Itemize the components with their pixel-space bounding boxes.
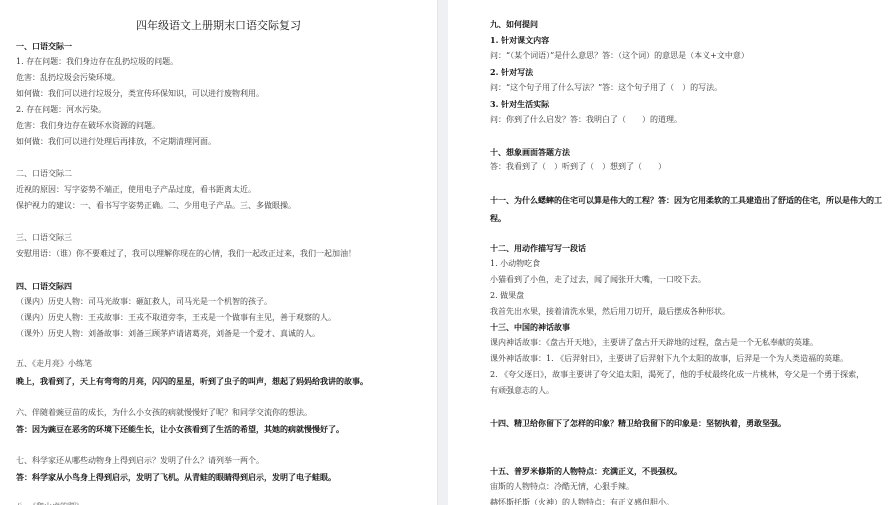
text-line: （课内）历史人物：司马光故事：砸缸救人，司马光是一个机智的孩子。 — [16, 297, 272, 307]
text-line: 问：“（某个词语）”是什么意思？答：（这个词）的意思是（本义+文中意） — [490, 51, 749, 61]
text-line: 如何做：我们可以进行处理后再排放，不定期清理河面。 — [16, 137, 216, 147]
section-heading-15: 十五、普罗米修斯的人物特点：充满正义，不畏强权。 — [490, 466, 682, 476]
section-heading-13: 十三、中国的神话故事 — [490, 322, 570, 332]
section-heading-2: 二、口语交际二 — [16, 169, 72, 179]
text-line: 有顽强意志的人。 — [490, 386, 554, 396]
text-line: 小猫看到了小鱼，走了过去，闻了闻张开大嘴，一口咬下去。 — [490, 275, 706, 285]
section-heading-10: 十、想象画面答题方法 — [490, 147, 570, 157]
text-line: 问：你到了什么启发？答：我明白了（ ）的道理。 — [490, 115, 682, 125]
text-line: 安慰用语：（谁）你不要难过了，我可以理解你现在的心情，我们一起改正过来，我们一起… — [16, 249, 356, 259]
section-heading-4: 四、口语交际四 — [16, 281, 72, 291]
text-line: 课外神话故事：1. 《后羿射日》，主要讲了后羿射下九个太阳的故事，后羿是一个为人… — [490, 354, 848, 364]
sub-heading: 1. 针对课文内容 — [490, 35, 549, 45]
text-line-bold: 晚上，我看到了，天上有弯弯的月亮，闪闪的星星，听到了虫子的叫声，想起了妈妈给我讲… — [16, 376, 368, 386]
text-line: 课内神话故事：《盘古开天地》，主要讲了盘古开天辟地的过程，盘古是一个无私奉献的英… — [490, 338, 818, 348]
section-heading-7: 七、科学家还从哪些动物身上得到启示？发明了什么？请列举一两个。 — [16, 456, 264, 466]
answer-line: 答：科学家从小鸟身上得到启示，发明了飞机。从青蛙的眼睛得到启示，发明了电子蛙眼。 — [16, 472, 336, 482]
text-line: 2. 存在问题：河水污染。 — [16, 105, 106, 115]
text-line: 如何做：我们可以进行垃圾分，类宣传环保知识，可以进行废物利用。 — [16, 89, 264, 99]
text-line: 我首先出水果，接着清洗水果，然后用刀切开，最后摆成各种形状。 — [490, 307, 730, 317]
text-line: 危害：我们身边存在破坏水资源的问题。 — [16, 121, 160, 131]
text-line: 宙斯的人物特点：冷酷无情，心狠手辣。 — [490, 482, 634, 492]
section-heading-1: 一、口语交际一 — [16, 41, 72, 51]
text-line: 2. 做果盘 — [490, 291, 524, 301]
section-heading-9: 九、如何提问 — [490, 19, 538, 29]
sub-heading: 2. 针对写法 — [490, 67, 533, 77]
text-line: 近视的原因：写字姿势不端正，使用电子产品过度，看书距离太近。 — [16, 185, 256, 195]
text-line: 1. 存在问题：我们身边存在乱扔垃圾的问题。 — [16, 57, 178, 67]
text-line: （课外）历史人物：刘备故事：刘备三顾茅庐请诸葛亮，刘备是一个爱才、真诚的人。 — [16, 329, 320, 339]
text-line: （课内）历史人物：王戎故事：王戎不取道旁李，王戎是一个做事有主见，善于观察的人。 — [16, 313, 336, 323]
document-title: 四年级语文上册期末口语交际复习 — [0, 19, 437, 33]
answer-line: 答：因为豌豆在恶劣的环境下还能生长，让小女孩看到了生活的希望，其她的病就慢慢好了… — [16, 424, 344, 434]
section-heading-5: 五、《走月亮》小练笔 — [16, 359, 92, 369]
text-line: 1. 小动物吃食 — [490, 259, 540, 269]
text-line: 危害：乱扔垃圾会污染环境。 — [16, 73, 120, 83]
section-heading-14: 十四、精卫给你留下了怎样的印象？精卫给我留下的印象是：坚韧执着，勇敢坚强。 — [490, 418, 786, 428]
section-heading-3: 三、口语交际三 — [16, 233, 72, 243]
text-line: 赫怀斯托斯（火神）的人物特点：有正义感但胆小。 — [490, 498, 674, 505]
text-line: 答：我看到了（ ）听到了（ ）想到了（ ） — [490, 162, 666, 172]
document-page-right: 九、如何提问 1. 针对课文内容 问：“（某个词语）”是什么意思？答：（这个词）… — [448, 0, 893, 505]
section-heading-11: 十一、为什么蟋蟀的住宅可以算是伟大的工程？答：因为它用柔软的工具建造出了舒适的住… — [490, 191, 882, 227]
section-heading-6: 六、伴随着豌豆苗的成长，为什么小女孩的病就慢慢好了呢？和同学交流你的想法。 — [16, 408, 312, 418]
document-page-left: 四年级语文上册期末口语交际复习 一、口语交际一 1. 存在问题：我们身边存在乱扔… — [0, 0, 437, 505]
text-line: 2. 《夸父逐日》，故事主要讲了夸父追太阳，渴死了，他的手杖最终化成一片桃林，夸… — [490, 370, 864, 380]
text-line: 问：“这个句子用了什么写法？”答：这个句子用了（ ）的写法。 — [490, 83, 722, 93]
section-heading-12: 十二、用动作描写写一段话 — [490, 243, 586, 253]
sub-heading: 3. 针对生活实际 — [490, 99, 549, 109]
text-line: 保护视力的建议：一、看书写字姿势正确。二、少用电子产品。三、多做眼操。 — [16, 201, 296, 211]
